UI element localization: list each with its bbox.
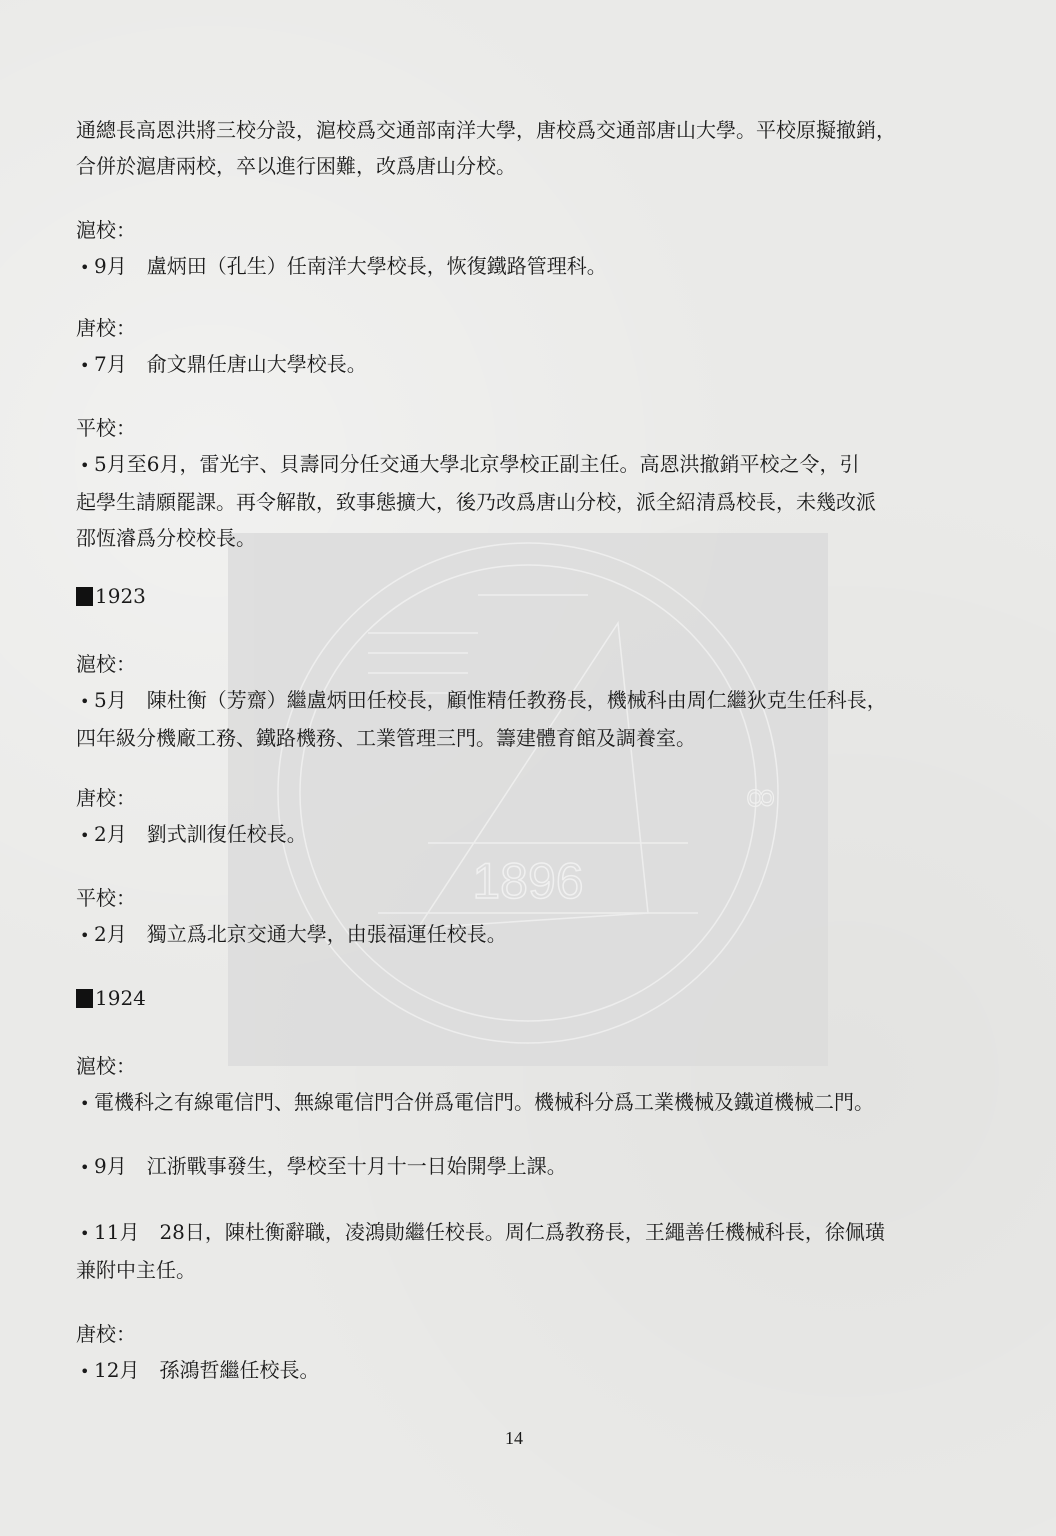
section-hu-1923: 滬校： •5月陳杜衡（芳齋）繼盧炳田任校長，顧惟精任教務長，機械科由周仁繼狄克生… (76, 646, 976, 756)
bullet-icon: • (80, 448, 94, 484)
bullet-icon: • (80, 1354, 94, 1390)
bullet-icon: • (80, 1086, 94, 1122)
year-label: 1924 (95, 980, 146, 1016)
list-item: •7月俞文鼎任唐山大學校長。 (76, 346, 976, 384)
page-number: 14 (0, 1428, 1028, 1449)
bullet-icon: • (80, 348, 94, 384)
month-label: 9月 (94, 1148, 127, 1184)
item-text-line-1: 28日，陳杜衡辭職，凌鴻勛繼任校長。周仁爲教務長，王繩善任機械科長，徐佩璜 (159, 1220, 884, 1244)
list-item: •5月至6月，雷光宇、貝壽同分任交通大學北京學校正副主任。高恩洪撤銷平校之令，引 (76, 446, 976, 484)
item-text-line-1: 5月至6月，雷光宇、貝壽同分任交通大學北京學校正副主任。高恩洪撤銷平校之令，引 (94, 452, 859, 476)
month-label: 7月 (94, 346, 127, 382)
section-ping-1922: 平校： •5月至6月，雷光宇、貝壽同分任交通大學北京學校正副主任。高恩洪撤銷平校… (76, 410, 976, 556)
black-square-icon (76, 989, 93, 1008)
month-label: 12月 (94, 1352, 139, 1388)
list-item: •9月江浙戰事發生，學校至十月十一日始開學上課。 (76, 1148, 976, 1186)
list-item: •2月劉式訓復任校長。 (76, 816, 976, 854)
section-tang-1923: 唐校： •2月劉式訓復任校長。 (76, 780, 976, 854)
item-text: 俞文鼎任唐山大學校長。 (147, 352, 367, 376)
item-text: 獨立爲北京交通大學，由張福運任校長。 (147, 922, 507, 946)
bullet-icon: • (80, 684, 94, 720)
black-square-icon (76, 587, 93, 606)
item-text-line-2: 四年級分機廠工務、鐵路機務、工業管理三門。籌建體育館及調養室。 (76, 720, 976, 756)
section-hu-1924: 滬校： •電機科之有線電信門、無線電信門合併爲電信門。機械科分爲工業機械及鐵道機… (76, 1048, 976, 1122)
bullet-icon: • (80, 1216, 94, 1252)
section-ping-1923: 平校： •2月獨立爲北京交通大學，由張福運任校長。 (76, 880, 976, 954)
bullet-icon: • (80, 818, 94, 854)
list-item: •2月獨立爲北京交通大學，由張福運任校長。 (76, 916, 976, 954)
section-tang-1924: 唐校： •12月孫鴻哲繼任校長。 (76, 1316, 976, 1390)
item-text: 電機科之有線電信門、無線電信門合併爲電信門。機械科分爲工業機械及鐵道機械二門。 (94, 1090, 874, 1114)
section-label: 平校： (76, 410, 976, 446)
section-label: 滬校： (76, 1048, 976, 1084)
month-label: 2月 (94, 916, 127, 952)
intro-line-1: 通總長高恩洪將三校分設，滬校爲交通部南洋大學，唐校爲交通部唐山大學。平校原擬撤銷… (76, 112, 976, 148)
item-text-line-3: 邵恆濬爲分校校長。 (76, 520, 976, 556)
bullet-icon: • (80, 250, 94, 286)
item-text: 劉式訓復任校長。 (147, 822, 307, 846)
intro-paragraph: 通總長高恩洪將三校分設，滬校爲交通部南洋大學，唐校爲交通部唐山大學。平校原擬撤銷… (76, 112, 976, 184)
section-hu-1924-item-2: •9月江浙戰事發生，學校至十月十一日始開學上課。 (76, 1148, 976, 1186)
item-text: 盧炳田（孔生）任南洋大學校長，恢復鐵路管理科。 (147, 254, 607, 278)
year-heading-1924: 1924 (76, 980, 976, 1016)
item-text-line-2: 兼附中主任。 (76, 1252, 976, 1288)
list-item: •電機科之有線電信門、無線電信門合併爲電信門。機械科分爲工業機械及鐵道機械二門。 (76, 1084, 976, 1122)
section-hu-1924-item-3: •11月28日，陳杜衡辭職，凌鴻勛繼任校長。周仁爲教務長，王繩善任機械科長，徐佩… (76, 1214, 976, 1288)
section-label: 唐校： (76, 310, 976, 346)
section-label: 滬校： (76, 212, 976, 248)
year-heading-1923: 1923 (76, 578, 976, 614)
item-text: 孫鴻哲繼任校長。 (159, 1358, 319, 1382)
section-label: 唐校： (76, 1316, 976, 1352)
section-label: 唐校： (76, 780, 976, 816)
month-label: 11月 (94, 1214, 139, 1250)
month-label: 9月 (94, 248, 127, 284)
bullet-icon: • (80, 918, 94, 954)
intro-line-2: 合併於滬唐兩校，卒以進行困難，改爲唐山分校。 (76, 148, 976, 184)
list-item: •12月孫鴻哲繼任校長。 (76, 1352, 976, 1390)
section-tang-1922: 唐校： •7月俞文鼎任唐山大學校長。 (76, 310, 976, 384)
section-hu-1922: 滬校： •9月盧炳田（孔生）任南洋大學校長，恢復鐵路管理科。 (76, 212, 976, 286)
month-label: 2月 (94, 816, 127, 852)
item-text-line-1: 陳杜衡（芳齋）繼盧炳田任校長，顧惟精任教務長，機械科由周仁繼狄克生任科長， (147, 688, 887, 712)
section-label: 平校： (76, 880, 976, 916)
list-item: •5月陳杜衡（芳齋）繼盧炳田任校長，顧惟精任教務長，機械科由周仁繼狄克生任科長， (76, 682, 976, 720)
item-text-line-2: 起學生請願罷課。再令解散，致事態擴大，後乃改爲唐山分校，派全紹清爲校長，未幾改派 (76, 484, 976, 520)
month-label: 5月 (94, 682, 127, 718)
bullet-icon: • (80, 1150, 94, 1186)
section-label: 滬校： (76, 646, 976, 682)
year-label: 1923 (95, 578, 146, 614)
list-item: •9月盧炳田（孔生）任南洋大學校長，恢復鐵路管理科。 (76, 248, 976, 286)
list-item: •11月28日，陳杜衡辭職，凌鴻勛繼任校長。周仁爲教務長，王繩善任機械科長，徐佩… (76, 1214, 976, 1252)
item-text: 江浙戰事發生，學校至十月十一日始開學上課。 (147, 1154, 567, 1178)
